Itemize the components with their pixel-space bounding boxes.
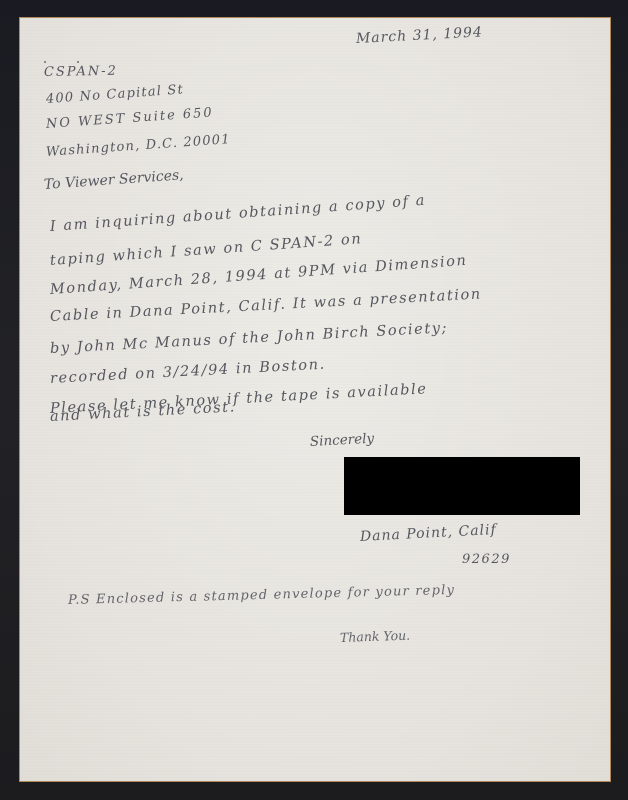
recipient-name: CSPAN-2 bbox=[44, 65, 118, 79]
pen-mark bbox=[44, 61, 46, 63]
sender-zip: 92629 bbox=[462, 553, 511, 566]
pen-mark bbox=[77, 61, 79, 63]
closing: Sincerely bbox=[310, 433, 375, 450]
signature-redaction bbox=[344, 457, 580, 515]
thank-you-note: Thank You. bbox=[340, 630, 411, 645]
